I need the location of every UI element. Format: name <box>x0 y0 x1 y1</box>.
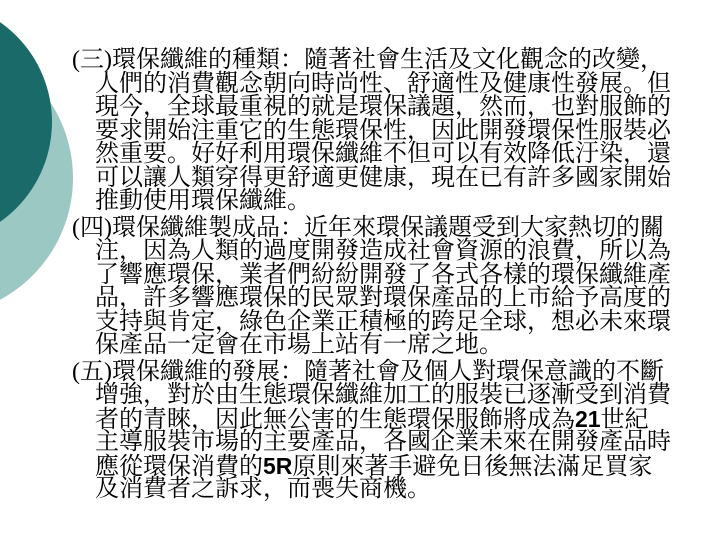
latin-text: 21 <box>575 406 601 432</box>
text-line: 現今，全球最重視的就是環保議題，然而，也對服飾的 <box>72 96 712 120</box>
text-line: 可以讓人類穿得更舒適更健康，現在已有許多國家開始 <box>72 167 712 191</box>
text-line: (三)環保纖維的種類：隨著社會生活及文化觀念的改變， <box>72 49 712 73</box>
text-line: 推動使用環保纖維。 <box>72 190 712 214</box>
text-line: 然重要。好好利用環保纖維不但可以有效降低汙染，還 <box>72 143 712 167</box>
text-line: (五)環保纖維的發展：隨著社會及個人對環保意識的不斷 <box>72 361 712 385</box>
text-line: 人們的消費觀念朝向時尚性、舒適性及健康性發展。但 <box>72 73 712 97</box>
text-line: 注，因為人類的過度開發造成社會資源的浪費，所以為 <box>72 240 712 264</box>
text-line: 主導服裝市場的主要產品，各國企業未來在開發產品時 <box>72 431 712 455</box>
text-line: 支持與肯定，綠色企業正積極的跨足全球，想必未來環 <box>72 311 712 335</box>
text-line: 增強，對於由生態環保纖維加工的服裝已逐漸受到消費 <box>72 384 712 408</box>
text-line: 品，許多響應環保的民眾對環保產品的上市給予高度的 <box>72 287 712 311</box>
text-line: 了響應環保，業者們紛紛開發了各式各樣的環保纖維產 <box>72 264 712 288</box>
paragraph: (五)環保纖維的發展：隨著社會及個人對環保意識的不斷增強，對於由生態環保纖維加工… <box>72 361 712 502</box>
text-line: 者的青睞，因此無公害的生態環保服飾將成為21世紀 <box>72 408 712 432</box>
presentation-slide: (三)環保纖維的種類：隨著社會生活及文化觀念的改變，人們的消費觀念朝向時尚性、舒… <box>0 0 720 540</box>
text-line: 及消費者之訴求，而喪失商機。 <box>72 478 712 502</box>
paragraph: (三)環保纖維的種類：隨著社會生活及文化觀念的改變，人們的消費觀念朝向時尚性、舒… <box>72 49 712 214</box>
text-line: 應從環保消費的5R原則來著手避免日後無法滿足買家 <box>72 455 712 479</box>
paragraph: (四)環保纖維製成品：近年來環保議題受到大家熱切的關注，因為人類的過度開發造成社… <box>72 217 712 358</box>
text-line: (四)環保纖維製成品：近年來環保議題受到大家熱切的關 <box>72 217 712 241</box>
text-line: 保產品一定會在市場上站有一席之地。 <box>72 334 712 358</box>
latin-text: 5R <box>263 453 292 479</box>
slide-text: (三)環保纖維的種類：隨著社會生活及文化觀念的改變，人們的消費觀念朝向時尚性、舒… <box>72 49 712 505</box>
text-line: 要求開始注重它的生態環保性，因此開發環保性服裝必 <box>72 120 712 144</box>
